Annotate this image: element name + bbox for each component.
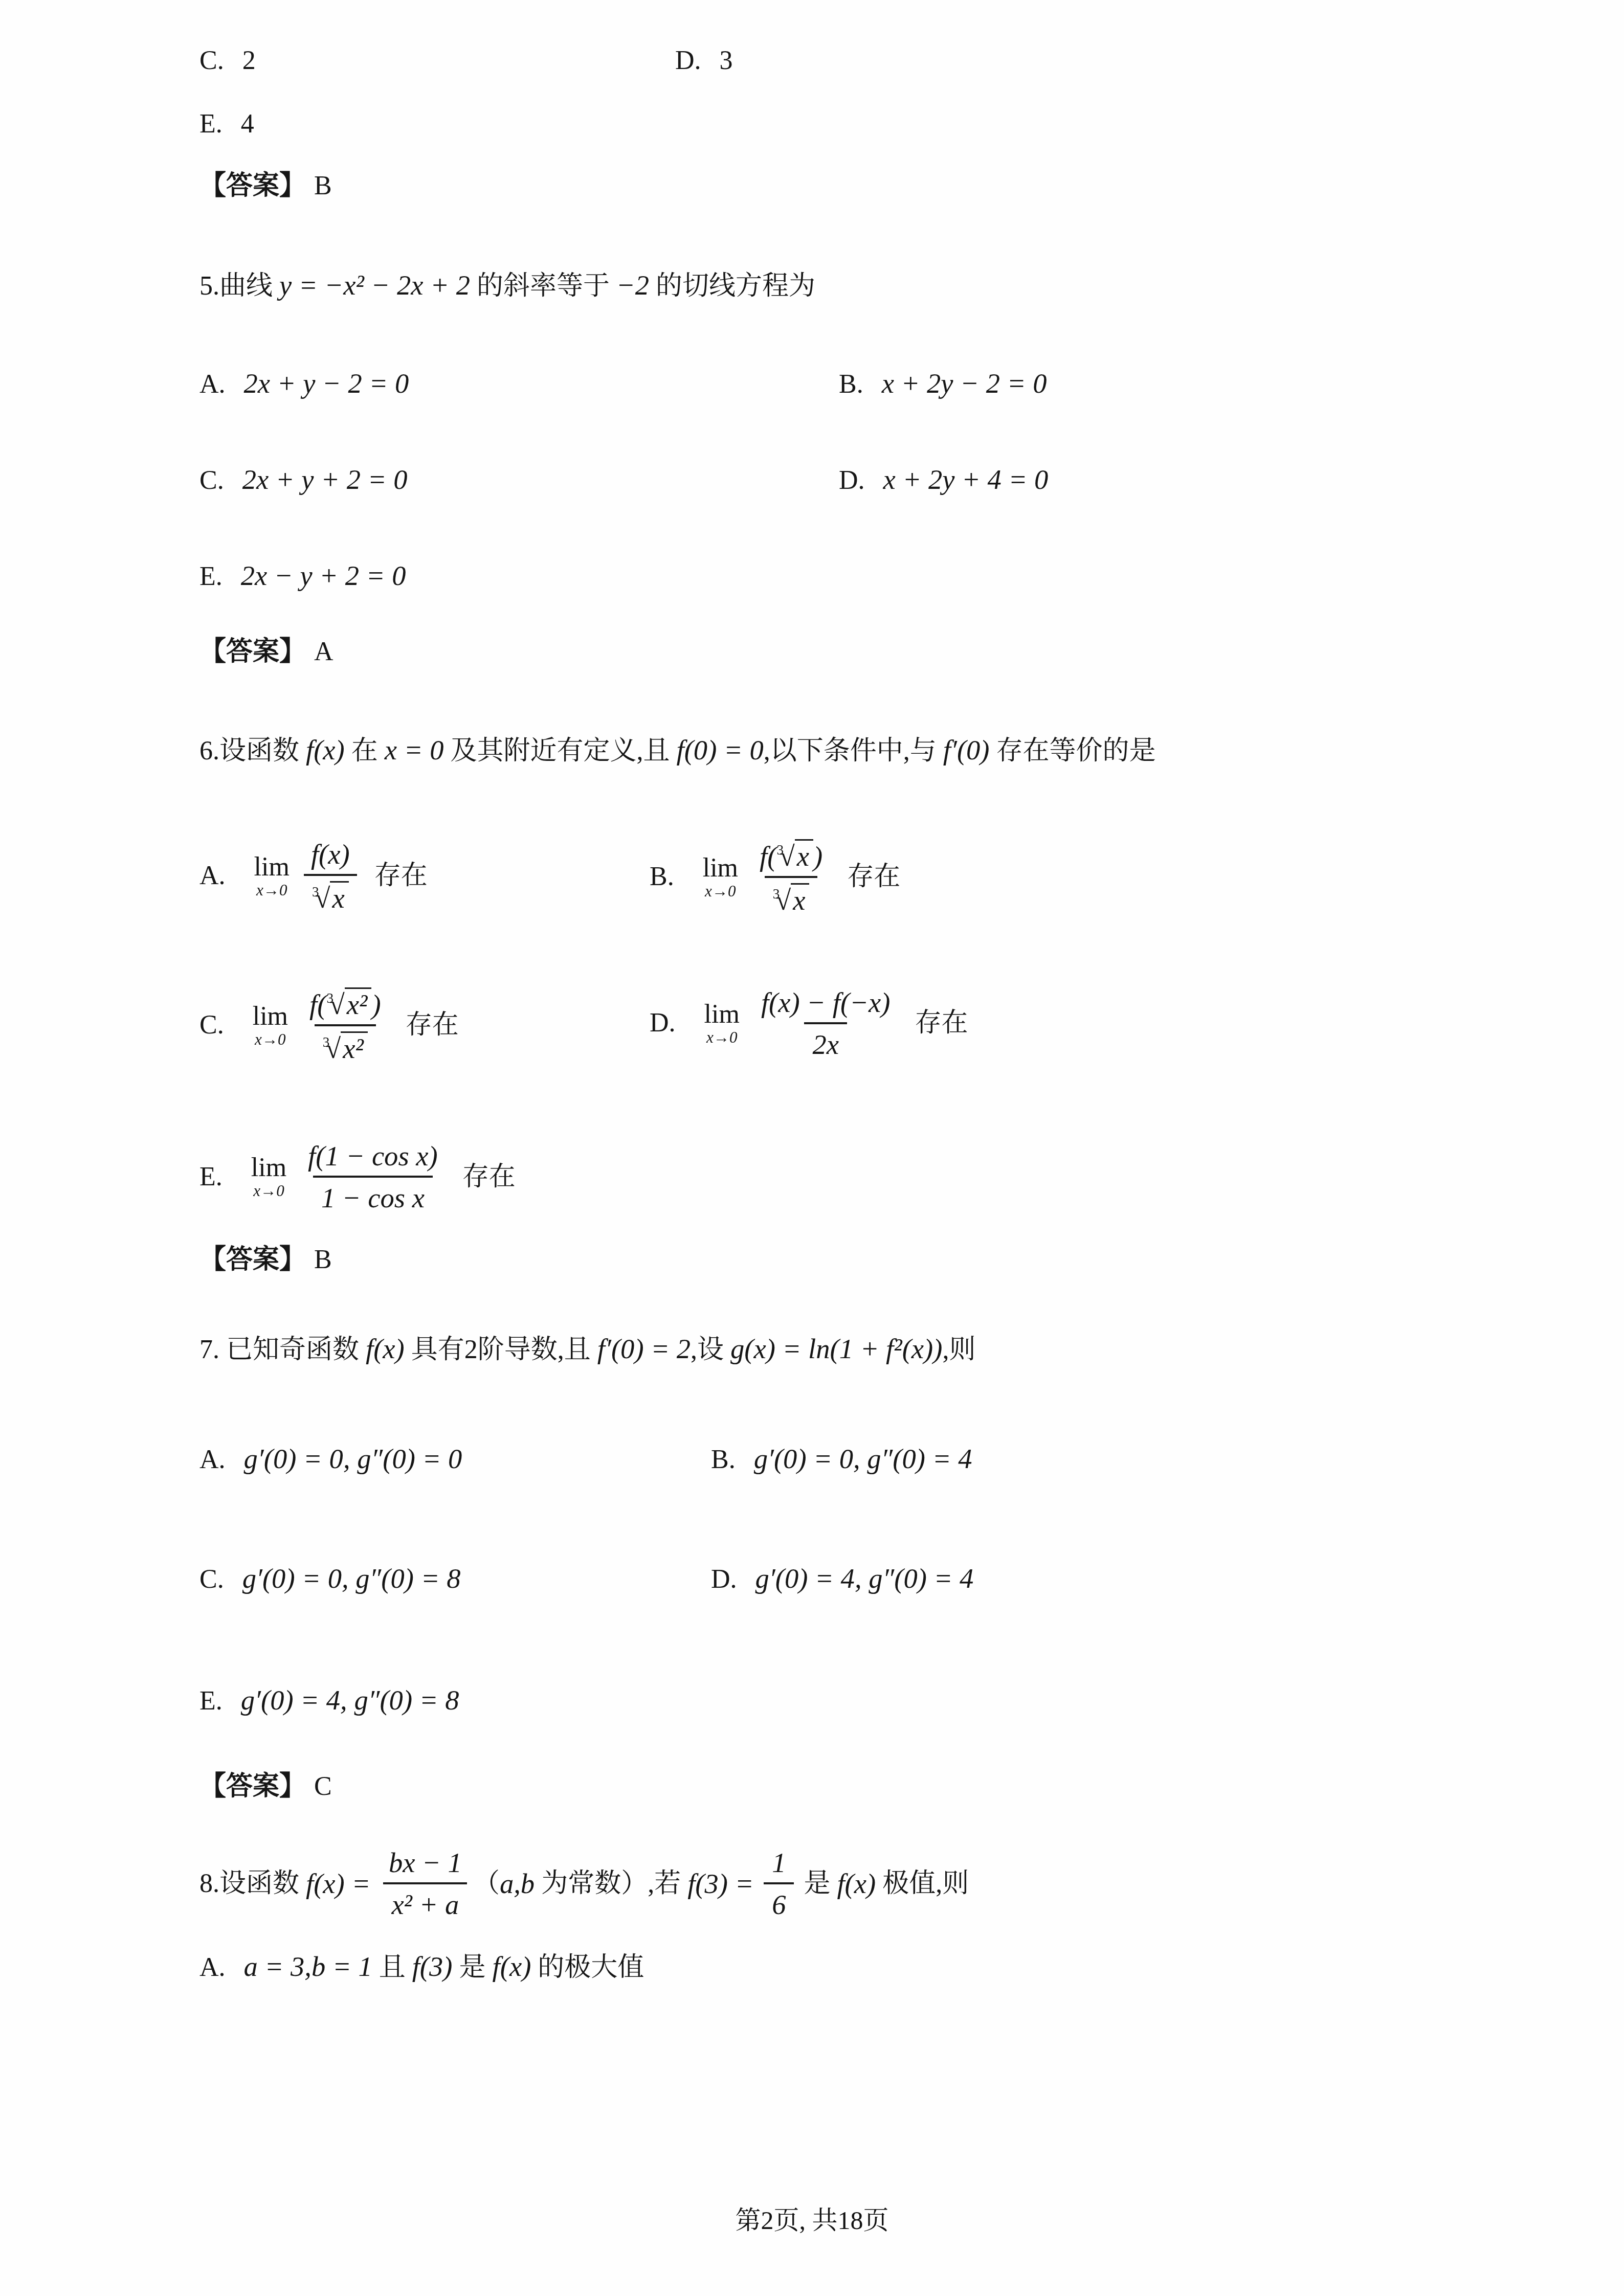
q5-answer-letter: A <box>314 637 333 666</box>
q4-answer: 【答案】B <box>199 170 1563 202</box>
q8-stem-math: f(x) = <box>306 1867 377 1901</box>
q5-option-a-label: A. <box>199 370 226 399</box>
q7-option-b-value: g′(0) = 0, g″(0) = 4 <box>754 1443 972 1474</box>
q7-option-d-label: D. <box>711 1565 737 1594</box>
q7-option-e-label: E. <box>199 1686 223 1716</box>
q6-option-e-label: E. <box>199 1161 223 1193</box>
q6-answer-letter: B <box>314 1245 332 1274</box>
q6-stem-text: 存在等价的是 <box>990 736 1156 766</box>
q7-row-cd: C.g′(0) = 0, g″(0) = 8 D.g′(0) = 4, g″(0… <box>199 1562 1563 1595</box>
q8-stem-text: （ <box>473 1868 500 1900</box>
q8-stem-text: 为常数）,若 <box>535 1868 687 1900</box>
limit-operator: lim x→0 <box>704 1002 740 1045</box>
q6-option-b-suffix: 存在 <box>847 861 900 893</box>
q8-stem-text: 是 <box>797 1868 837 1900</box>
q7-answer-label: 【答案】 <box>199 1772 306 1801</box>
q7-option-e: E.g′(0) = 4, g″(0) = 8 <box>199 1683 459 1717</box>
page-content: C.2 D.3 E.4 【答案】B 5.曲线 y = −x² − 2x + 2 … <box>199 45 1563 1984</box>
q6-answer-label: 【答案】 <box>199 1245 306 1274</box>
q6-stem-math: f(0) = 0 <box>676 734 763 766</box>
q6-row-e: E. lim x→0 f(1 − cos x) 1 − cos x 存在 <box>199 1141 1563 1213</box>
q7-row-e: E.g′(0) = 4, g″(0) = 8 <box>199 1683 1563 1717</box>
q7-option-c-value: g′(0) = 0, g″(0) = 8 <box>242 1563 461 1594</box>
q6-option-d: D. lim x→0 f(x) − f(−x) 2x 存在 <box>650 987 968 1060</box>
fraction: f(3√x) 3√x <box>751 839 831 916</box>
q4-row-cd: C.2 D.3 <box>199 45 1563 77</box>
q5-stem-math: −2 <box>616 269 649 301</box>
q8-row-a: A.a = 3,b = 1 且 f(3) 是 f(x) 的极大值 <box>199 1950 1563 1984</box>
q5-option-b-value: x + 2y − 2 = 0 <box>882 368 1047 399</box>
question-7-stem: 7. 已知奇函数 f(x) 具有2阶导数,且 f′(0) = 2,设 g(x) … <box>199 1332 1563 1366</box>
q5-stem-text: 的切线方程为 <box>649 272 815 301</box>
q5-stem-math: y = −x² − 2x + 2 <box>279 269 470 301</box>
q5-stem-text: 的斜率等于 <box>470 272 616 301</box>
q4-option-d-value: 3 <box>720 46 733 75</box>
q5-option-c-label: C. <box>199 466 224 495</box>
question-7: 7. 已知奇函数 f(x) 具有2阶导数,且 f′(0) = 2,设 g(x) … <box>199 1332 1563 1803</box>
q5-row-ab: A.2x + y − 2 = 0 B.x + 2y − 2 = 0 <box>199 367 1563 400</box>
q8-stem-math: a,b <box>500 1867 535 1901</box>
q7-option-a-label: A. <box>199 1445 226 1474</box>
question-6: 6.设函数 f(x) 在 x = 0 及其附近有定义,且 f(0) = 0,以下… <box>199 733 1563 1276</box>
q5-row-e: E.2x − y + 2 = 0 <box>199 559 1563 593</box>
q6-answer: 【答案】B <box>199 1244 1563 1276</box>
cube-root: 3√x <box>776 841 813 872</box>
question-6-stem: 6.设函数 f(x) 在 x = 0 及其附近有定义,且 f(0) = 0,以下… <box>199 733 1563 767</box>
cube-root: 3√x <box>773 885 810 916</box>
q5-option-e-label: E. <box>199 562 223 591</box>
exam-page: C.2 D.3 E.4 【答案】B 5.曲线 y = −x² − 2x + 2 … <box>0 0 1624 2296</box>
q6-option-b: B. lim x→0 f(3√x) 3√x 存在 <box>650 839 900 916</box>
q4-row-e: E.4 <box>199 108 1563 140</box>
limit-operator: lim x→0 <box>254 854 290 898</box>
cube-root: 3√x² <box>323 1033 368 1064</box>
q7-option-c: C.g′(0) = 0, g″(0) = 8 <box>199 1562 711 1595</box>
q7-option-d: D.g′(0) = 4, g″(0) = 4 <box>711 1562 973 1595</box>
q7-option-a-value: g′(0) = 0, g″(0) = 0 <box>244 1443 462 1474</box>
q5-option-a-value: 2x + y − 2 = 0 <box>244 368 409 399</box>
q8-option-a: A.a = 3,b = 1 且 f(3) 是 f(x) 的极大值 <box>199 1950 644 1984</box>
q5-option-d: D.x + 2y + 4 = 0 <box>839 463 1048 497</box>
question-8: 8.设函数 f(x) = bx − 1x² + a（a,b 为常数）,若 f(3… <box>199 1848 1563 1984</box>
q6-row-cd: C. lim x→0 f(3√x²) 3√x² 存在 D. lim x <box>199 987 1563 1064</box>
q8-stem-text: 8.设函数 <box>199 1868 306 1900</box>
q5-option-d-label: D. <box>839 466 865 495</box>
q7-stem-math: g(x) = ln(1 + f²(x)) <box>730 1333 942 1364</box>
q5-option-e-value: 2x − y + 2 = 0 <box>241 560 406 591</box>
q6-option-d-label: D. <box>650 1007 676 1039</box>
q4-answer-label: 【答案】 <box>199 171 306 200</box>
q5-stem-text: 5.曲线 <box>199 272 279 301</box>
q6-option-e: E. lim x→0 f(1 − cos x) 1 − cos x 存在 <box>199 1141 516 1213</box>
q7-stem-text: ,则 <box>942 1335 975 1364</box>
q8-stem-math: f(3) = <box>687 1867 761 1901</box>
page-number-text: 第2页, 共18页 <box>736 2206 889 2235</box>
q5-answer-label: 【答案】 <box>199 637 306 666</box>
q4-option-d-label: D. <box>675 46 701 75</box>
fraction: bx − 1x² + a <box>381 1848 470 1920</box>
question-8-stem: 8.设函数 f(x) = bx − 1x² + a（a,b 为常数）,若 f(3… <box>199 1848 1563 1920</box>
q6-stem-math: f′(0) <box>943 734 990 766</box>
q8-stem-text: 极值,则 <box>876 1868 969 1900</box>
q7-answer-letter: C <box>314 1772 332 1801</box>
q8-stem-math: f(x) <box>837 1867 876 1901</box>
fraction: 16 <box>764 1848 794 1920</box>
q7-option-c-label: C. <box>199 1565 224 1594</box>
q6-stem-text: 6.设函数 <box>199 736 306 766</box>
q5-answer: 【答案】A <box>199 636 1563 668</box>
q7-option-a: A.g′(0) = 0, g″(0) = 0 <box>199 1442 711 1476</box>
q7-stem-text: 7. 已知奇函数 <box>199 1335 366 1364</box>
q6-stem-math: x = 0 <box>385 734 444 766</box>
cube-root: 3√x² <box>326 989 371 1020</box>
q6-option-c-suffix: 存在 <box>406 1009 459 1041</box>
q7-answer: 【答案】C <box>199 1771 1563 1803</box>
q7-stem-text: ,设 <box>691 1335 730 1364</box>
fraction: f(x) − f(−x) 2x <box>753 987 899 1060</box>
q7-row-ab: A.g′(0) = 0, g″(0) = 0 B.g′(0) = 0, g″(0… <box>199 1442 1563 1476</box>
q7-stem-math: f′(0) = 2 <box>597 1333 691 1364</box>
q5-option-d-value: x + 2y + 4 = 0 <box>883 464 1049 495</box>
question-5-stem: 5.曲线 y = −x² − 2x + 2 的斜率等于 −2 的切线方程为 <box>199 268 1563 302</box>
q6-stem-text: 及其附近有定义,且 <box>443 736 676 766</box>
q7-option-d-value: g′(0) = 4, g″(0) = 4 <box>755 1563 974 1594</box>
fraction: f(x) 3√x <box>303 839 358 914</box>
q5-option-e: E.2x − y + 2 = 0 <box>199 559 406 593</box>
q6-stem-text: 在 <box>345 736 385 766</box>
q6-option-d-suffix: 存在 <box>915 1007 968 1039</box>
q4-option-e-value: 4 <box>241 109 254 139</box>
q6-row-ab: A. lim x→0 f(x) 3√x 存在 B. lim x→0 <box>199 839 1563 916</box>
q4-option-d: D.3 <box>675 45 733 77</box>
q5-option-b-label: B. <box>839 370 863 399</box>
question-5: 5.曲线 y = −x² − 2x + 2 的斜率等于 −2 的切线方程为 A.… <box>199 268 1563 668</box>
q6-option-e-suffix: 存在 <box>462 1161 516 1193</box>
limit-operator: lim x→0 <box>703 856 738 899</box>
q4-option-e-label: E. <box>199 109 223 139</box>
fraction: f(3√x²) 3√x² <box>301 987 389 1064</box>
limit-operator: lim x→0 <box>253 1004 288 1047</box>
q6-option-a-label: A. <box>199 860 226 892</box>
q6-option-a: A. lim x→0 f(x) 3√x 存在 <box>199 839 650 914</box>
q6-option-a-suffix: 存在 <box>374 860 428 892</box>
q4-option-e: E.4 <box>199 108 254 140</box>
q6-stem-math: f(x) <box>306 734 345 766</box>
limit-operator: lim x→0 <box>251 1155 286 1199</box>
q4-answer-letter: B <box>314 171 332 200</box>
q4-option-c: C.2 <box>199 45 675 77</box>
q7-option-b: B.g′(0) = 0, g″(0) = 4 <box>711 1442 972 1476</box>
page-footer: 第2页, 共18页 <box>0 2200 1624 2237</box>
q4-option-c-value: 2 <box>242 46 256 75</box>
q6-option-c-label: C. <box>199 1009 224 1041</box>
question-4-tail: C.2 D.3 E.4 【答案】B <box>199 45 1563 202</box>
q5-option-a: A.2x + y − 2 = 0 <box>199 367 839 400</box>
q7-option-e-value: g′(0) = 4, g″(0) = 8 <box>241 1684 459 1716</box>
q4-option-c-label: C. <box>199 46 224 75</box>
cube-root: 3√x <box>312 883 349 914</box>
q5-row-cd: C.2x + y + 2 = 0 D.x + 2y + 4 = 0 <box>199 463 1563 497</box>
q6-stem-text: ,以下条件中,与 <box>764 736 943 766</box>
q5-option-c: C.2x + y + 2 = 0 <box>199 463 839 497</box>
q6-option-c: C. lim x→0 f(3√x²) 3√x² 存在 <box>199 987 650 1064</box>
q7-stem-math: f(x) <box>366 1333 405 1364</box>
q7-stem-text: 具有2阶导数,且 <box>405 1335 597 1364</box>
q5-option-b: B.x + 2y − 2 = 0 <box>839 367 1047 400</box>
q7-option-b-label: B. <box>711 1445 736 1474</box>
q8-option-a-label: A. <box>199 1953 226 1982</box>
q6-option-b-label: B. <box>650 861 674 893</box>
fraction: f(1 − cos x) 1 − cos x <box>300 1141 446 1213</box>
q5-option-c-value: 2x + y + 2 = 0 <box>242 464 408 495</box>
